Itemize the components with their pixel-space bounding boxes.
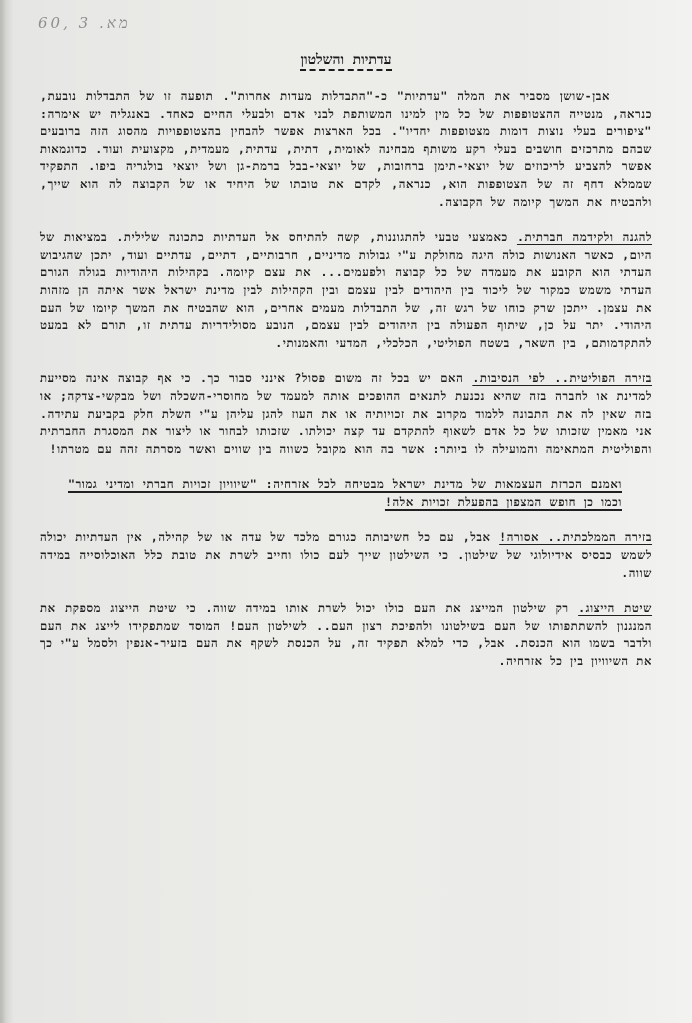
paragraph-lead-heading: להגנה ולקידמה חברתית.: [517, 230, 652, 244]
document-title: עדתיות והשלטון: [0, 52, 692, 69]
document-body: אבן-שושן מסביר את המלה "עדתיות" כ-"התבדל…: [40, 88, 652, 689]
paragraph-state-arena: בזירה הממלכתית.. אסורה! אבל, עם כל חשיבו…: [40, 529, 652, 582]
paragraph-political-arena: בזירה הפוליטית.. לפי הנסיבות. האם יש בכל…: [40, 370, 652, 458]
paragraph-lead-heading: בזירה הפוליטית.. לפי הנסיבות.: [472, 371, 652, 385]
handwritten-note: מא. 3 ,60: [38, 14, 131, 33]
paragraph-representation-system: שיטת הייצוג. רק שילטון המייצג את העם כול…: [40, 600, 652, 670]
paragraph-defense-progress: להגנה ולקידמה חברתית. כאמצעי טבעי להתגונ…: [40, 229, 652, 352]
paragraph-text: כאמצעי טבעי להתגוננות, קשה להתיחס אל העד…: [40, 230, 652, 350]
declaration-text: ואמנם הכרזת העצמאות של מדינת ישראל מבטיח…: [68, 477, 622, 509]
paragraph-lead-heading: שיטת הייצוג.: [578, 601, 652, 615]
document-title-text: עדתיות והשלטון: [300, 52, 391, 71]
paragraph-intro: אבן-שושן מסביר את המלה "עדתיות" כ-"התבדל…: [40, 88, 652, 211]
scanned-document-page: מא. 3 ,60 עדתיות והשלטון אבן-שושן מסביר …: [0, 0, 692, 1023]
declaration-quote: ואמנם הכרזת העצמאות של מדינת ישראל מבטיח…: [40, 476, 652, 511]
paragraph-text: רק שילטון המייצג את העם כולו יכול לשרת א…: [40, 601, 652, 668]
paragraph-lead-heading: בזירה הממלכתית.. אסורה!: [499, 530, 652, 544]
paragraph-text: אבן-שושן מסביר את המלה "עדתיות" כ-"התבדל…: [40, 89, 652, 209]
